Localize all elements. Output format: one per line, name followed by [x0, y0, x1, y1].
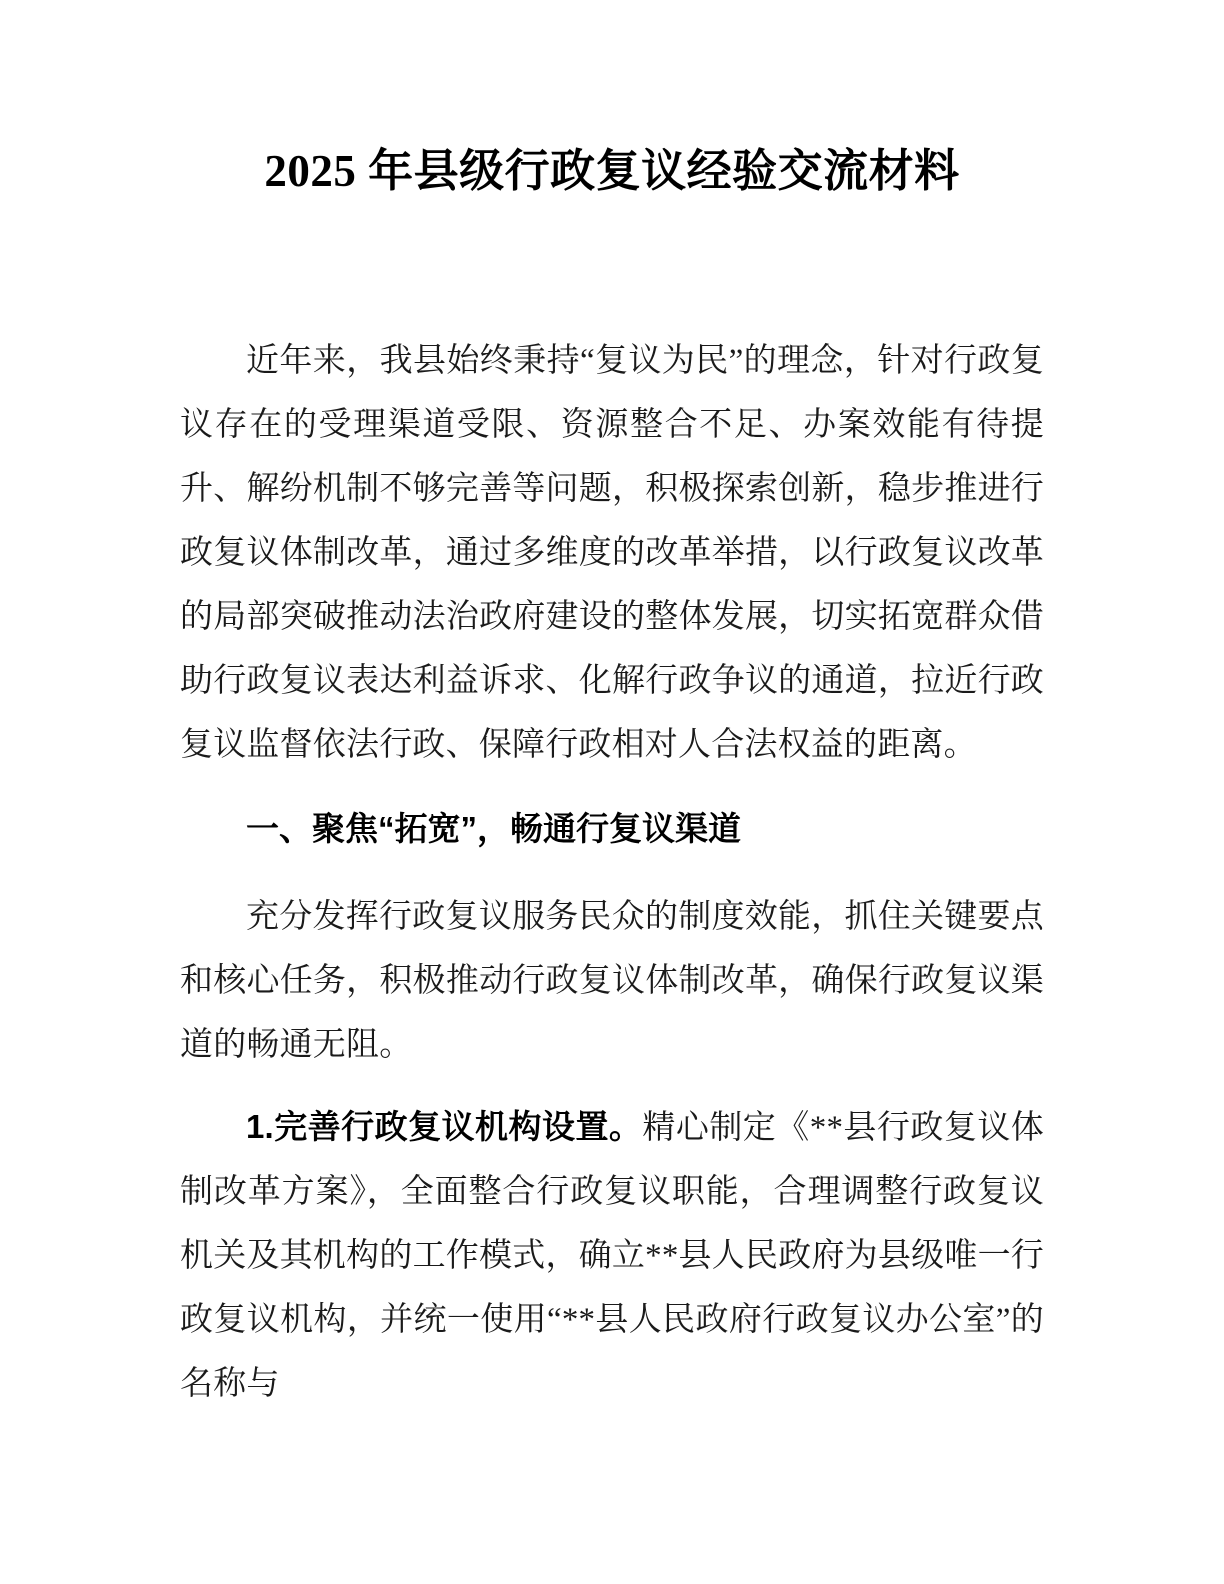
document-page: 2025 年县级行政复议经验交流材料 近年来，我县始终秉持“复议为民”的理念，针…	[0, 0, 1224, 1584]
section-1-heading: 一、聚焦“拓宽”，畅通行复议渠道	[180, 797, 1044, 861]
section-1-overview-paragraph: 充分发挥行政复议服务民众的制度效能，抓住关键要点和核心任务，积极推动行政复议体制…	[180, 885, 1044, 1077]
section-1-item-1-paragraph: 1.完善行政复议机构设置。精心制定《**县行政复议体制改革方案》，全面整合行政复…	[180, 1095, 1044, 1416]
section-1-item-1-lead: 1.完善行政复议机构设置。	[246, 1108, 642, 1145]
intro-paragraph: 近年来，我县始终秉持“复议为民”的理念，针对行政复议存在的受理渠道受限、资源整合…	[180, 329, 1044, 777]
section-1-item-1-text: 精心制定《**县行政复议体制改革方案》，全面整合行政复议职能，合理调整行政复议机…	[180, 1110, 1044, 1402]
document-title: 2025 年县级行政复议经验交流材料	[180, 139, 1044, 203]
